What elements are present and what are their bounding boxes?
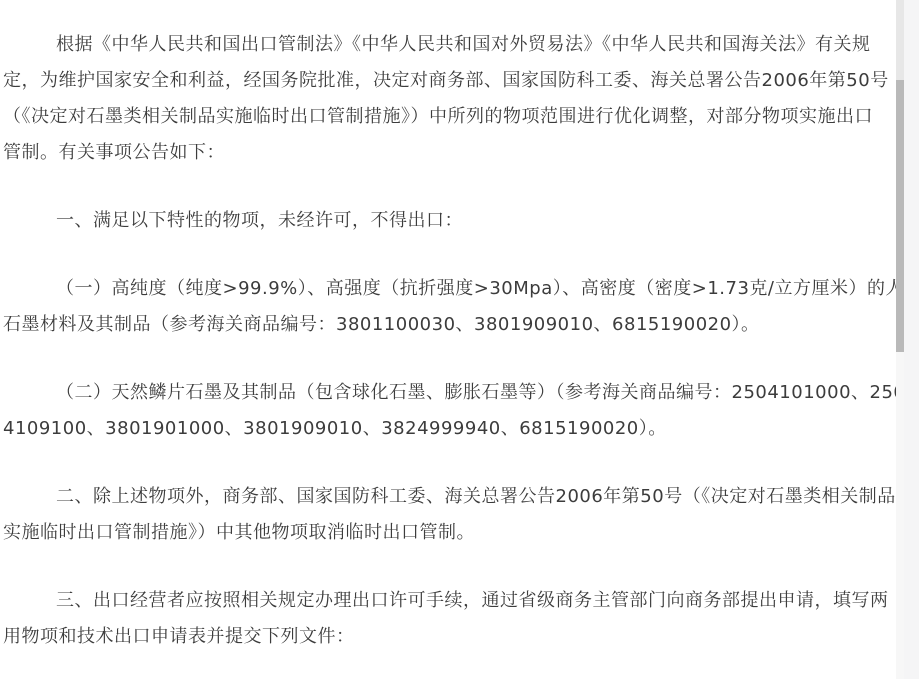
text-line: 实施临时出口管制措施》）中其他物项取消临时出口管制。 (3, 515, 896, 551)
document-page: 根据《中华人民共和国出口管制法》《中华人民共和国对外贸易法》《中华人民共和国海关… (0, 0, 919, 679)
page-right-margin (904, 0, 919, 679)
text-line: 二、除上述物项外，商务部、国家国防科工委、海关总署公告2006年第50号（《决定… (3, 479, 896, 515)
text-line: 管制。有关事项公告如下： (3, 135, 896, 171)
vertical-scrollbar[interactable] (896, 0, 904, 679)
article-body: 根据《中华人民共和国出口管制法》《中华人民共和国对外贸易法》《中华人民共和国海关… (0, 0, 896, 679)
paragraph-section-one-heading: 一、满足以下特性的物项，未经许可，不得出口： (3, 203, 896, 239)
paragraph-item-two: （二）天然鳞片石墨及其制品（包含球化石墨、膨胀石墨等）（参考海关商品编号：250… (3, 375, 896, 447)
text-line: 石墨材料及其制品（参考海关商品编号：3801100030、3801909010、… (3, 307, 896, 343)
paragraph-section-three: 三、出口经营者应按照相关规定办理出口许可手续，通过省级商务主管部门向商务部提出申… (3, 583, 896, 655)
scrollbar-track-upper[interactable] (896, 0, 904, 80)
text-line: 定，为维护国家安全和利益，经国务院批准，决定对商务部、国家国防科工委、海关总署公… (3, 63, 896, 99)
paragraph-section-two: 二、除上述物项外，商务部、国家国防科工委、海关总署公告2006年第50号（《决定… (3, 479, 896, 551)
paragraph-item-one: （一）高纯度（纯度>99.9%）、高强度（抗折强度>30Mpa）、高密度（密度>… (3, 271, 896, 343)
text-line: （一）高纯度（纯度>99.9%）、高强度（抗折强度>30Mpa）、高密度（密度>… (3, 271, 896, 307)
text-line: 一、满足以下特性的物项，未经许可，不得出口： (3, 203, 896, 239)
text-line: 4109100、3801901000、3801909010、3824999940… (3, 411, 896, 447)
paragraph-intro: 根据《中华人民共和国出口管制法》《中华人民共和国对外贸易法》《中华人民共和国海关… (3, 27, 896, 171)
text-line: 用物项和技术出口申请表并提交下列文件： (3, 619, 896, 655)
text-line: （《决定对石墨类相关制品实施临时出口管制措施》）中所列的物项范围进行优化调整，对… (3, 99, 896, 135)
text-line: 三、出口经营者应按照相关规定办理出口许可手续，通过省级商务主管部门向商务部提出申… (3, 583, 896, 619)
text-line: 根据《中华人民共和国出口管制法》《中华人民共和国对外贸易法》《中华人民共和国海关… (3, 27, 896, 63)
scrollbar-thumb[interactable] (896, 80, 904, 352)
text-line: （二）天然鳞片石墨及其制品（包含球化石墨、膨胀石墨等）（参考海关商品编号：250… (3, 375, 896, 411)
